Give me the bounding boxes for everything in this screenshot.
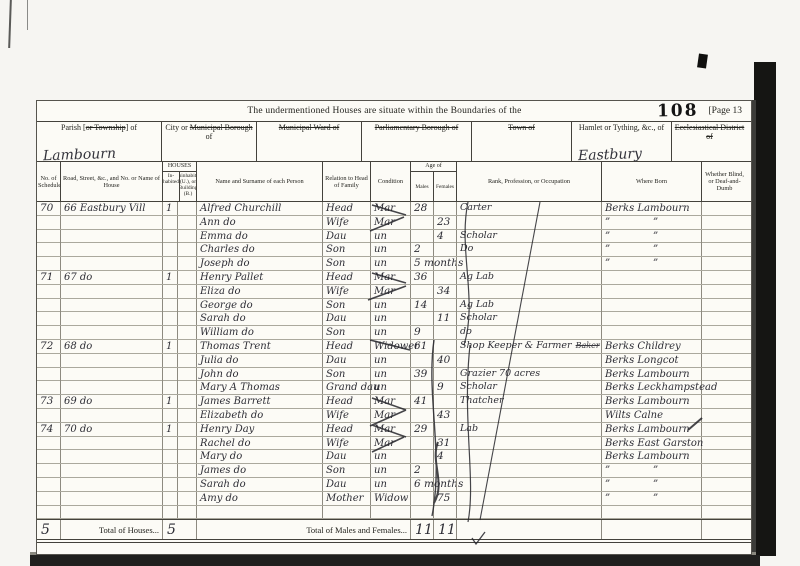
cell-age-male [411, 312, 434, 325]
cell-born [602, 299, 702, 312]
cell-name: Rachel do [197, 437, 323, 450]
cell-condition [371, 506, 411, 519]
cell-road [61, 216, 163, 229]
cell-blind [702, 464, 747, 477]
cell-schedule [37, 506, 61, 519]
cell-uninhabited [178, 368, 197, 381]
born-ditto [663, 409, 701, 422]
cell-uninhabited [178, 243, 197, 256]
cell-name: Julia do [197, 354, 323, 367]
cell-occupation: Scholar [457, 230, 602, 243]
title-strip: The undermentioned Houses are situate wi… [37, 101, 751, 122]
cell-relation: Wife [323, 437, 371, 450]
cell-road [61, 243, 163, 256]
cell-occupation [457, 464, 602, 477]
cell-born [602, 271, 702, 284]
cell-age-male [411, 285, 434, 298]
born-ditto: ” [653, 464, 701, 477]
cell-inhabited [163, 368, 178, 381]
cell-uninhabited [178, 257, 197, 270]
born-ditto: ” [653, 478, 701, 491]
cell-blind [702, 216, 747, 229]
col-males: Males [411, 172, 434, 201]
scan-artifact-mark [697, 53, 708, 68]
cell-blind [702, 478, 747, 491]
column-headers: No. of Schedule Road, Street, &c., and N… [37, 162, 751, 202]
cell-blind [702, 354, 747, 367]
cell-name: Henry Day [197, 423, 323, 436]
table-row: Mary A Thomas Grand dau un 9 Scholar Ber… [37, 381, 751, 395]
born-text: Berks East Garston [605, 437, 703, 450]
field-label: City or [165, 123, 189, 132]
table-row: Amy do Mother Widow 75 ”” [37, 492, 751, 506]
hamlet-value: Eastbury [578, 150, 642, 161]
cell-age-male [411, 354, 434, 367]
cell-condition: Mar [371, 216, 411, 229]
field-label: ] of [126, 123, 137, 132]
col-age: Age of [411, 162, 456, 172]
cell-name: James do [197, 464, 323, 477]
cell-schedule: 71 [37, 271, 61, 284]
cell-condition: un [371, 299, 411, 312]
table-row: Charles do Son un 2 Do ”” [37, 243, 751, 257]
cell-condition: un [371, 354, 411, 367]
cell-occupation [457, 450, 602, 463]
cell-inhabited [163, 381, 178, 394]
born-ditto [653, 326, 701, 339]
cell-name: William do [197, 326, 323, 339]
cell-age-male: 2 [411, 464, 434, 477]
table-row [37, 506, 751, 520]
cell-occupation: Ag Lab [457, 271, 602, 284]
cell-road [61, 464, 163, 477]
cell-road [61, 506, 163, 519]
cell-age-male [411, 492, 434, 505]
field-label-struck: Municipal Ward of [279, 123, 340, 132]
born-text: Berks Leckhampstead [605, 381, 717, 394]
cell-relation: Head [323, 340, 371, 353]
cell-inhabited [163, 478, 178, 491]
occupation-text: Grazier 70 acres [460, 368, 540, 379]
cell-name: Charles do [197, 243, 323, 256]
table-row: Joseph do Son un 5 months ”” [37, 257, 751, 271]
cell-road [61, 354, 163, 367]
table-row: William do Son un 9 do [37, 326, 751, 340]
col-houses: HOUSES [163, 162, 196, 172]
cell-uninhabited [178, 381, 197, 394]
cell-uninhabited [178, 202, 197, 215]
cell-inhabited [163, 285, 178, 298]
cell-road: 66 Eastbury Vill [61, 202, 163, 215]
cell-age-female: 40 [434, 354, 457, 367]
cell-relation: Wife [323, 285, 371, 298]
col-road: Road, Street, &c., and No. or Name of Ho… [61, 162, 163, 201]
cell-occupation: Thatcher [457, 395, 602, 408]
table-row: Sarah do Dau un 11 Scholar [37, 312, 751, 326]
cell-relation: Wife [323, 409, 371, 422]
cell-born: Berks Leckhampstead [602, 381, 702, 394]
cell-schedule [37, 464, 61, 477]
born-text: ” [605, 216, 653, 229]
cell-condition: un [371, 230, 411, 243]
cell-condition: un [371, 381, 411, 394]
field-ward: Municipal Ward of [257, 122, 362, 161]
cell-inhabited: 1 [163, 271, 178, 284]
total-females-value: 11 [434, 520, 457, 539]
cell-schedule [37, 299, 61, 312]
cell-schedule [37, 437, 61, 450]
cell-condition: Mar [371, 423, 411, 436]
cell-road [61, 450, 163, 463]
cell-age-female: 4 [434, 450, 457, 463]
cell-uninhabited [178, 216, 197, 229]
census-sheet: The undermentioned Houses are situate wi… [36, 100, 752, 555]
cell-schedule [37, 492, 61, 505]
cell-occupation [457, 216, 602, 229]
cell-occupation [457, 437, 602, 450]
field-city: City or Municipal Borough of [162, 122, 257, 161]
cell-condition: Mar [371, 409, 411, 422]
cell-age-male: 5 months [411, 257, 434, 270]
cell-condition: un [371, 243, 411, 256]
cell-road [61, 326, 163, 339]
occupation-text: Shop Keeper & Farmer [460, 340, 572, 351]
total-males-value: 11 [411, 520, 434, 539]
cell-age-male: 2 [411, 243, 434, 256]
cell-schedule [37, 216, 61, 229]
col-name: Name and Surname of each Person [197, 162, 323, 201]
cell-road: 67 do [61, 271, 163, 284]
born-ditto [690, 368, 701, 381]
census-scan: { "colors": {"paper": "#fcfbf6", "ink": … [0, 0, 800, 566]
cell-condition: un [371, 464, 411, 477]
born-text [605, 312, 653, 325]
parish-value: Lambourn [43, 150, 116, 162]
table-row: George do Son un 14 Ag Lab [37, 299, 751, 313]
cell-schedule [37, 354, 61, 367]
cell-uninhabited [178, 506, 197, 519]
cell-age-female [434, 506, 457, 519]
cell-age-male [411, 381, 434, 394]
cell-blind [702, 285, 747, 298]
cell-relation: Dau [323, 312, 371, 325]
cell-blind [702, 381, 747, 394]
table-row: Emma do Dau un 4 Scholar ”” [37, 230, 751, 244]
occupation-text: Ag Lab [460, 271, 494, 282]
col-uninhabited: Uninhabited (U.), or Building (B.) [180, 172, 196, 201]
cell-age-female: 11 [434, 312, 457, 325]
cell-condition: un [371, 257, 411, 270]
born-text: Berks Lambourn [605, 395, 690, 408]
occupation-text: Lab [460, 423, 478, 434]
cell-blind [702, 492, 747, 505]
born-ditto: ” [653, 257, 701, 270]
cell-relation: Head [323, 202, 371, 215]
cell-uninhabited [178, 409, 197, 422]
cell-age-male: 39 [411, 368, 434, 381]
cell-uninhabited [178, 492, 197, 505]
born-text: ” [605, 478, 653, 491]
born-ditto: ” [653, 216, 701, 229]
field-label-struck: Town of [508, 123, 535, 132]
cell-condition: Widower [371, 340, 411, 353]
cell-schedule: 74 [37, 423, 61, 436]
cell-name: Amy do [197, 492, 323, 505]
col-females: Females [434, 172, 456, 201]
cell-condition: Widow [371, 492, 411, 505]
cell-name: Mary A Thomas [197, 381, 323, 394]
born-ditto [653, 506, 701, 519]
scan-edge-bottom [30, 555, 760, 566]
cell-age-female: 23 [434, 216, 457, 229]
table-row: Julia do Dau un 40 Berks Longcot [37, 354, 751, 368]
cell-inhabited [163, 299, 178, 312]
cell-blind [702, 312, 747, 325]
born-text: Berks Lambourn [605, 368, 690, 381]
total-houses-value: 5 [163, 520, 197, 539]
cell-age-female [434, 257, 457, 270]
table-row: James do Son un 2 ”” [37, 464, 751, 478]
cell-uninhabited [178, 230, 197, 243]
table-row: 71 67 do 1 Henry Pallet Head Mar 36 Ag L… [37, 271, 751, 285]
col-schedule: No. of Schedule [37, 162, 61, 201]
cell-born: Berks Lambourn [602, 202, 702, 215]
cell-occupation: Grazier 70 acres [457, 368, 602, 381]
cell-uninhabited [178, 395, 197, 408]
cell-road: 69 do [61, 395, 163, 408]
born-text [605, 285, 653, 298]
cell-blind [702, 395, 747, 408]
cell-born [602, 326, 702, 339]
cell-relation: Head [323, 395, 371, 408]
cell-uninhabited [178, 464, 197, 477]
cell-age-male [411, 216, 434, 229]
cell-born: Berks Longcot [602, 354, 702, 367]
born-ditto [690, 395, 701, 408]
born-text [605, 299, 653, 312]
occupation-struck-text: Baker [576, 341, 600, 350]
cell-blind [702, 437, 747, 450]
header-fields: Parish [or Township] of Lambourn City or… [37, 122, 751, 162]
cell-schedule [37, 368, 61, 381]
cell-age-female: 9 [434, 381, 457, 394]
total-blind-empty [702, 520, 747, 539]
born-text: Berks Lambourn [605, 423, 690, 436]
cell-age-female: 31 [434, 437, 457, 450]
cell-uninhabited [178, 478, 197, 491]
table-row: 74 70 do 1 Henry Day Head Mar 29 Lab Ber… [37, 423, 751, 437]
cell-uninhabited [178, 271, 197, 284]
cell-age-male [411, 506, 434, 519]
born-ditto [681, 340, 701, 353]
cell-name: Elizabeth do [197, 409, 323, 422]
total-occupation-empty [457, 520, 602, 539]
cell-age-male [411, 450, 434, 463]
cell-condition: Mar [371, 395, 411, 408]
cell-blind [702, 257, 747, 270]
cell-born: ”” [602, 478, 702, 491]
cell-inhabited [163, 216, 178, 229]
field-label: Parish [ [61, 123, 86, 132]
cell-road [61, 409, 163, 422]
cell-born: ”” [602, 464, 702, 477]
record-rows: 70 66 Eastbury Vill 1 Alfred Churchill H… [37, 202, 751, 519]
cell-blind [702, 326, 747, 339]
cell-name: James Barrett [197, 395, 323, 408]
occupation-text: Do [460, 243, 473, 254]
table-row: Sarah do Dau un 6 months ”” [37, 478, 751, 492]
cell-age-female [434, 299, 457, 312]
cell-age-male [411, 437, 434, 450]
cell-relation: Son [323, 299, 371, 312]
cell-blind [702, 423, 747, 436]
born-text: ” [605, 257, 653, 270]
born-text: Berks Childrey [605, 340, 681, 353]
cell-age-female [434, 478, 457, 491]
cell-blind [702, 271, 747, 284]
cell-inhabited [163, 230, 178, 243]
field-town: Town of [472, 122, 572, 161]
field-label-struck: Parliamentary Borough of [375, 123, 459, 132]
col-age-group: Age of Males Females [411, 162, 457, 201]
cell-age-male: 36 [411, 271, 434, 284]
cell-name: Emma do [197, 230, 323, 243]
col-born: Where Born [602, 162, 702, 201]
folio-stamp: 108 [657, 101, 699, 122]
cell-age-male [411, 409, 434, 422]
cell-occupation: Do [457, 243, 602, 256]
cell-name: Thomas Trent [197, 340, 323, 353]
total-males-females-label: Total of Males and Females... [197, 520, 411, 539]
cell-schedule [37, 257, 61, 270]
cell-occupation: Lab [457, 423, 602, 436]
cell-uninhabited [178, 299, 197, 312]
field-ecclesiastical-district: Ecclesiastical District of [672, 122, 747, 161]
cell-age-female [434, 464, 457, 477]
cell-age-female [434, 243, 457, 256]
born-text [605, 271, 653, 284]
table-row: Elizabeth do Wife Mar 43 Wilts Calne [37, 409, 751, 423]
cell-uninhabited [178, 450, 197, 463]
cell-relation: Son [323, 257, 371, 270]
cell-name: Ann do [197, 216, 323, 229]
field-label: of [206, 132, 213, 141]
cell-relation: Grand dau [323, 381, 371, 394]
cell-condition: Mar [371, 271, 411, 284]
cell-blind [702, 243, 747, 256]
page-number-label: [Page 13 [708, 106, 742, 116]
cell-relation: Dau [323, 354, 371, 367]
totals-row: 5 Total of Houses... 5 Total of Males an… [37, 519, 751, 543]
total-born-empty [602, 520, 702, 539]
cell-inhabited: 1 [163, 423, 178, 436]
cell-uninhabited [178, 354, 197, 367]
cell-schedule: 70 [37, 202, 61, 215]
cell-road [61, 299, 163, 312]
cell-born: Berks Lambourn [602, 395, 702, 408]
cell-schedule [37, 312, 61, 325]
born-ditto: ” [653, 230, 701, 243]
born-ditto [679, 354, 701, 367]
cell-blind [702, 506, 747, 519]
cell-born: Berks Lambourn [602, 423, 702, 436]
cell-road [61, 257, 163, 270]
born-ditto [690, 202, 701, 215]
cell-blind [702, 340, 747, 353]
cell-road [61, 478, 163, 491]
cell-road [61, 381, 163, 394]
cell-name: George do [197, 299, 323, 312]
cell-occupation: Scholar [457, 312, 602, 325]
table-row: 70 66 Eastbury Vill 1 Alfred Churchill H… [37, 202, 751, 216]
table-row: 72 68 do 1 Thomas Trent Head Widower 61 … [37, 340, 751, 354]
cell-inhabited [163, 243, 178, 256]
total-schedules: 5 [37, 520, 61, 539]
cell-age-female [434, 423, 457, 436]
born-text: ” [605, 492, 653, 505]
cell-age-female [434, 368, 457, 381]
cell-born: ”” [602, 230, 702, 243]
cell-blind [702, 368, 747, 381]
cell-born: ”” [602, 216, 702, 229]
cell-schedule [37, 409, 61, 422]
born-ditto [653, 271, 701, 284]
cell-born: ”” [602, 243, 702, 256]
cell-condition: un [371, 326, 411, 339]
cell-schedule: 73 [37, 395, 61, 408]
cell-inhabited [163, 506, 178, 519]
born-ditto [653, 299, 701, 312]
occupation-text: Ag Lab [460, 299, 494, 310]
cell-age-female [434, 326, 457, 339]
cell-condition: un [371, 312, 411, 325]
cell-schedule [37, 285, 61, 298]
cell-age-female: 34 [434, 285, 457, 298]
cell-age-male: 41 [411, 395, 434, 408]
cell-occupation: Ag Lab [457, 299, 602, 312]
col-condition: Condition [371, 162, 411, 201]
field-parish: Parish [or Township] of Lambourn [37, 122, 162, 161]
cell-occupation [457, 354, 602, 367]
cell-schedule [37, 478, 61, 491]
cell-occupation: Shop Keeper & FarmerBaker [457, 340, 602, 353]
born-text: ” [605, 243, 653, 256]
born-text: Berks Lambourn [605, 202, 690, 215]
cell-road [61, 285, 163, 298]
cell-age-male: 6 months [411, 478, 434, 491]
cell-road: 70 do [61, 423, 163, 436]
born-text: Berks Lambourn [605, 450, 690, 463]
cell-born: Wilts Calne [602, 409, 702, 422]
cell-relation: Head [323, 271, 371, 284]
cell-inhabited [163, 326, 178, 339]
cell-age-female [434, 202, 457, 215]
cell-occupation [457, 257, 602, 270]
field-parliamentary-borough: Parliamentary Borough of [362, 122, 472, 161]
occupation-text: Scholar [460, 230, 497, 241]
cell-relation: Wife [323, 216, 371, 229]
born-ditto [653, 312, 701, 325]
cell-age-male [411, 230, 434, 243]
cell-road [61, 312, 163, 325]
born-text [605, 506, 653, 519]
cell-uninhabited [178, 423, 197, 436]
cell-inhabited [163, 354, 178, 367]
cell-uninhabited [178, 312, 197, 325]
cell-name: Joseph do [197, 257, 323, 270]
cell-inhabited: 1 [163, 395, 178, 408]
cell-inhabited [163, 492, 178, 505]
